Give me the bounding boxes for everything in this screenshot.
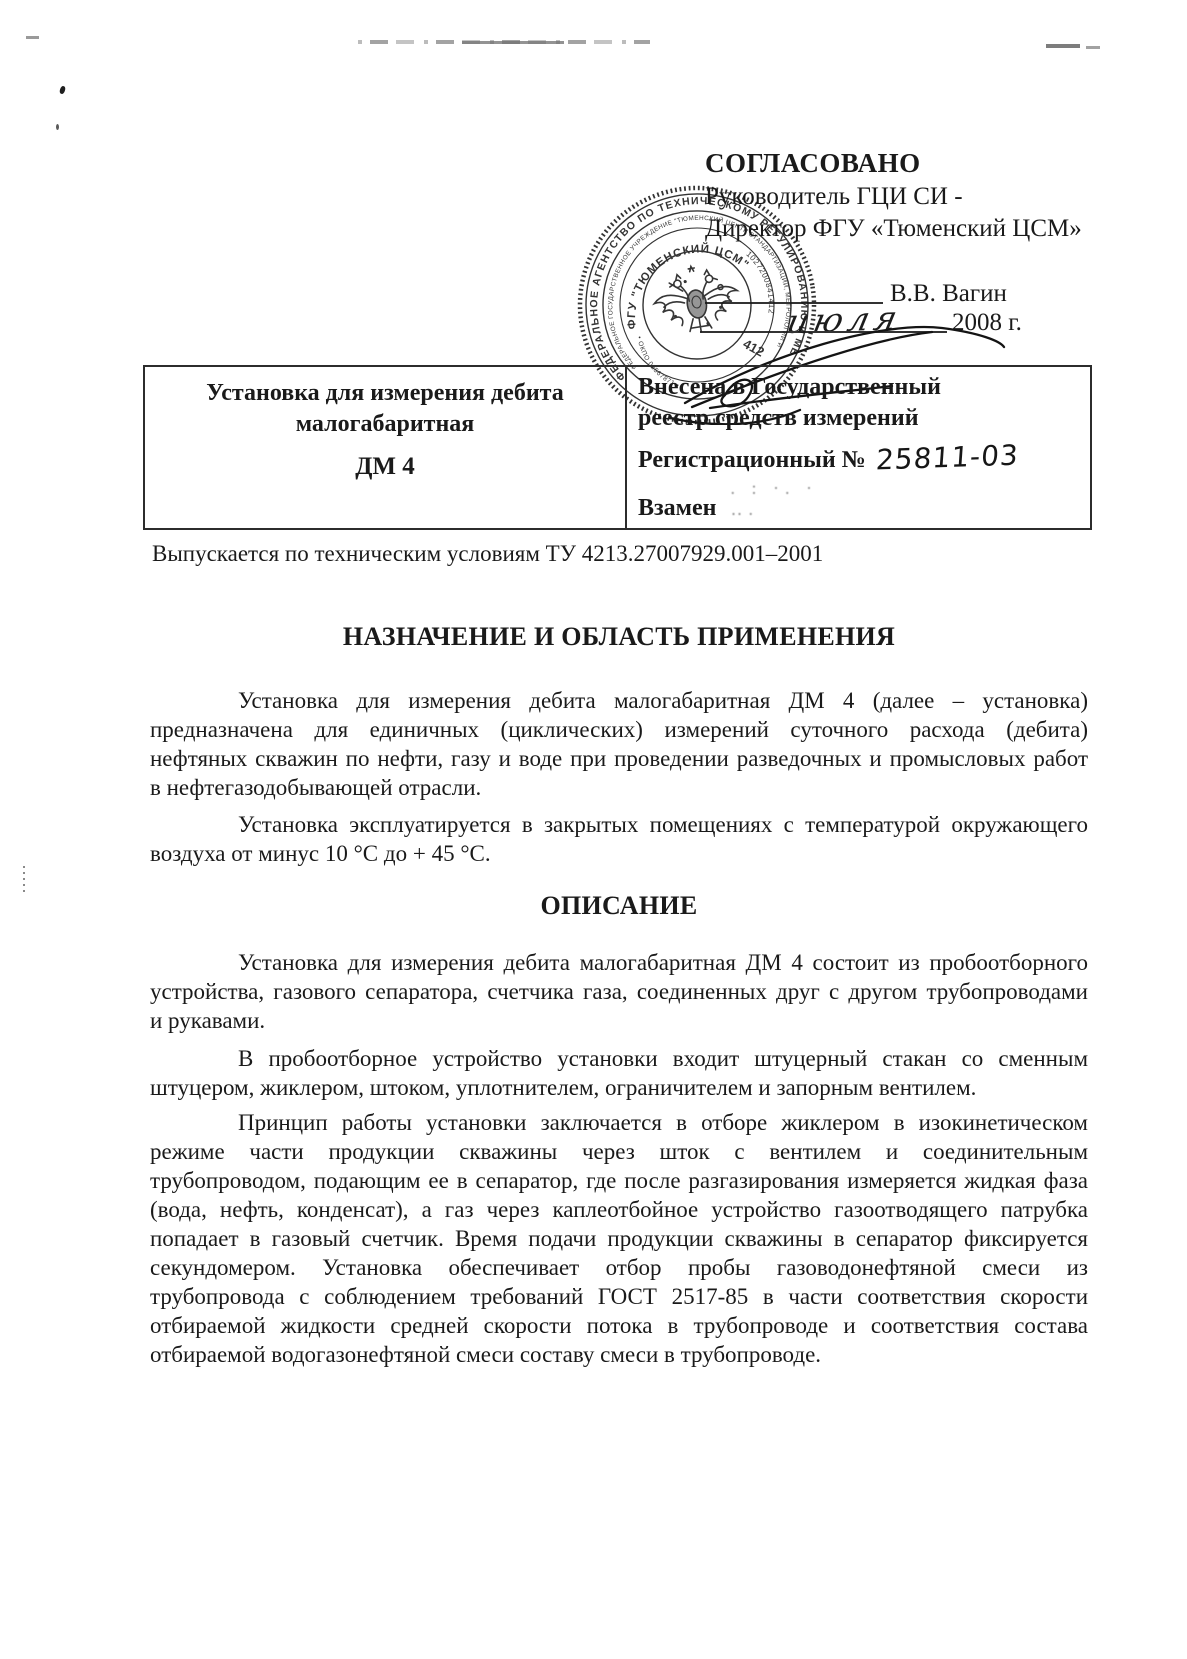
section-heading-purpose: НАЗНАЧЕНИЕ И ОБЛАСТЬ ПРИМЕНЕНИЯ (150, 622, 1088, 652)
text-line: трубопроводом, подающим ее в сепаратор, … (150, 1166, 1088, 1195)
registration-table: Установка для измерения дебита малогабар… (143, 365, 1092, 530)
device-title-line1: Установка для измерения дебита (145, 378, 625, 409)
scan-artifact-dots (23, 866, 25, 894)
text-line: отбираемой водогазонефтяной смеси состав… (150, 1340, 1088, 1369)
stamp-big-digits: 412 (741, 336, 767, 360)
text-line: отбираемой жидкости средней скорости пот… (150, 1311, 1088, 1340)
registry-cell: Внесена в Государственный реестр средств… (627, 367, 1090, 528)
text-line: попадает в газовый счетчик. Время подачи… (150, 1224, 1088, 1253)
section-heading-description: ОПИСАНИЕ (150, 891, 1088, 921)
text-line: штуцером, жиклером, штоком, уплотнителем… (150, 1073, 1088, 1102)
scan-artifact-dash (1086, 46, 1100, 49)
text-line: воздуха от минус 10 °С до + 45 °С. (150, 839, 1088, 868)
text-line: нефтяных скважин по нефти, газу и воде п… (150, 744, 1088, 773)
registration-number-label: Регистрационный № (638, 447, 866, 473)
device-model: ДМ 4 (145, 453, 625, 481)
text-line: Установка для измерения дебита малогабар… (150, 686, 1088, 715)
handwritten-registration-number: 25811-03 (875, 438, 1020, 476)
double-headed-eagle-emblem (649, 260, 742, 338)
stamp-inner-ring-text: ФГУ "ТЮМЕНСКИЙ ЦСМ" (615, 235, 759, 330)
scanned-document-page: СОГЛАСОВАНО Руководитель ГЦИ СИ - Директ… (0, 0, 1187, 1659)
scan-artifact-dash (1046, 44, 1080, 48)
device-title-line2: малогабаритная (145, 409, 625, 440)
paragraph: Принцип работы установки заключается в о… (150, 1108, 1088, 1369)
text-line: устройства, газового сепаратора, счетчик… (150, 977, 1088, 1006)
paragraph: Установка эксплуатируется в закрытых пом… (150, 810, 1088, 868)
paragraph: Установка для измерения дебита малогабар… (150, 686, 1088, 802)
text-line: режиме части продукции скважины через шт… (150, 1137, 1088, 1166)
text-line: В пробоотборное устройство установки вхо… (150, 1044, 1088, 1073)
registration-number-row: Регистрационный №25811-03 (638, 441, 1080, 474)
technical-conditions-line: Выпускается по техническим условиям ТУ 4… (152, 541, 823, 567)
scan-artifact-dash (26, 36, 39, 39)
scan-artifact-dash (462, 41, 564, 44)
ink-speck (59, 85, 66, 94)
svg-text:ФГУ "ТЮМЕНСКИЙ ЦСМ": ФГУ "ТЮМЕНСКИЙ ЦСМ" (615, 235, 759, 330)
text-line: Принцип работы установки заключается в о… (150, 1108, 1088, 1137)
text-line: Установка для измерения дебита малогабар… (150, 948, 1088, 977)
text-line: Установка эксплуатируется в закрытых пом… (150, 810, 1088, 839)
faded-smudge (730, 478, 850, 494)
text-line: предназначена для единичных (циклических… (150, 715, 1088, 744)
registry-line1: Внесена в Государственный (638, 372, 1080, 403)
text-line: трубопровода с соблюдением требований ГО… (150, 1282, 1088, 1311)
replaces-row: Взамен (638, 478, 1080, 522)
text-line: секундомером. Установка обеспечивает отб… (150, 1253, 1088, 1282)
paragraph: В пробоотборное устройство установки вхо… (150, 1044, 1088, 1102)
ink-speck (56, 124, 59, 130)
text-line: и рукавами. (150, 1006, 1088, 1035)
text-line: (вода, нефть, конденсат), а газ через ка… (150, 1195, 1088, 1224)
text-line: в нефтегазодобывающей отрасли. (150, 773, 1088, 802)
device-title-cell: Установка для измерения дебита малогабар… (145, 367, 627, 528)
replaces-label: Взамен (638, 495, 716, 521)
registry-line2: реестр средств измерений (638, 403, 1080, 434)
paragraph: Установка для измерения дебита малогабар… (150, 948, 1088, 1035)
